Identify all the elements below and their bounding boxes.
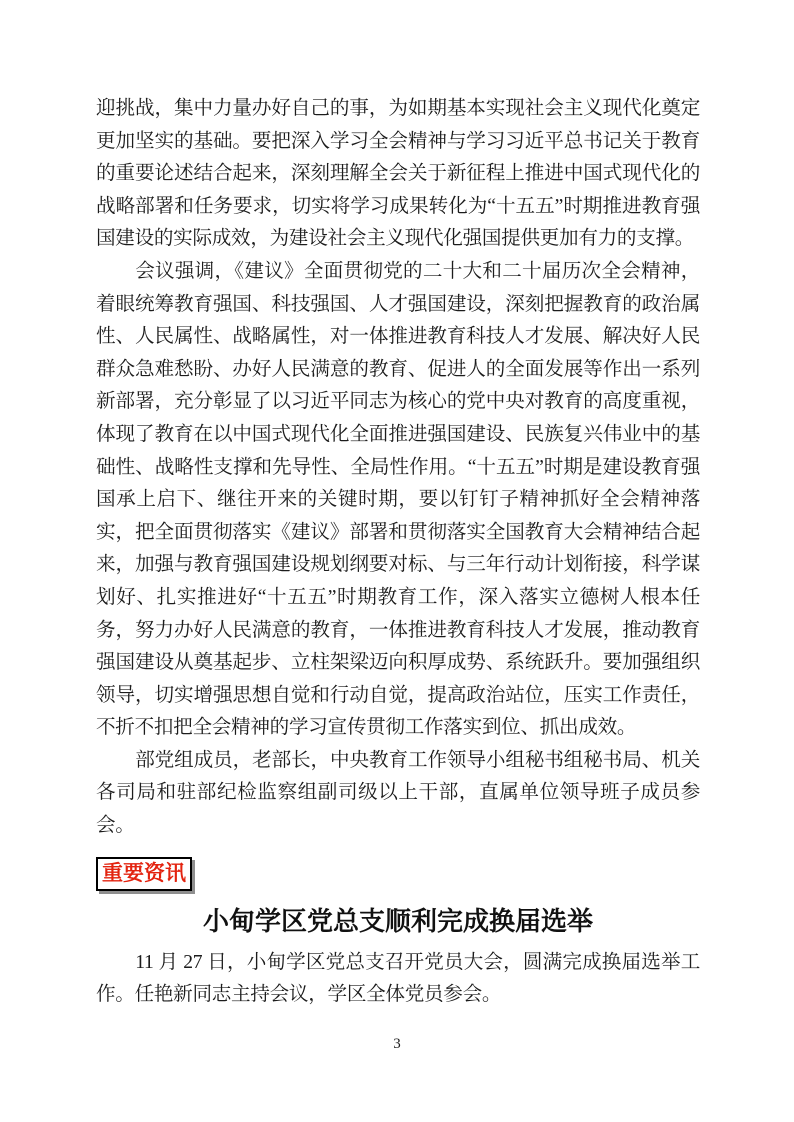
body-paragraph-1: 迎挑战，集中力量办好自己的事，为如期基本实现社会主义现代化奠定更加坚实的基础。要… — [96, 93, 700, 256]
body-paragraph-2: 会议强调，《建议》全面贯彻党的二十大和二十届历次全会精神，着眼统筹教育强国、科技… — [96, 256, 700, 745]
page-number: 3 — [0, 1036, 794, 1053]
page-content: 迎挑战，集中力量办好自己的事，为如期基本实现社会主义现代化奠定更加坚实的基础。要… — [0, 0, 794, 1012]
document-page: 迎挑战，集中力量办好自己的事，为如期基本实现社会主义现代化奠定更加坚实的基础。要… — [0, 0, 794, 1122]
article-title: 小甸学区党总支顺利完成换届选举 — [96, 903, 700, 939]
section-label-row: 重要资讯 — [96, 857, 700, 891]
article-paragraph-1: 11 月 27 日，小甸学区党总支召开党员大会，圆满完成换届选举工作。任艳新同志… — [96, 947, 700, 1012]
section-label-important-news: 重要资讯 — [96, 857, 192, 891]
body-paragraph-3: 部党组成员，老部长，中央教育工作领导小组秘书组秘书局、机关各司局和驻部纪检监察组… — [96, 745, 700, 843]
